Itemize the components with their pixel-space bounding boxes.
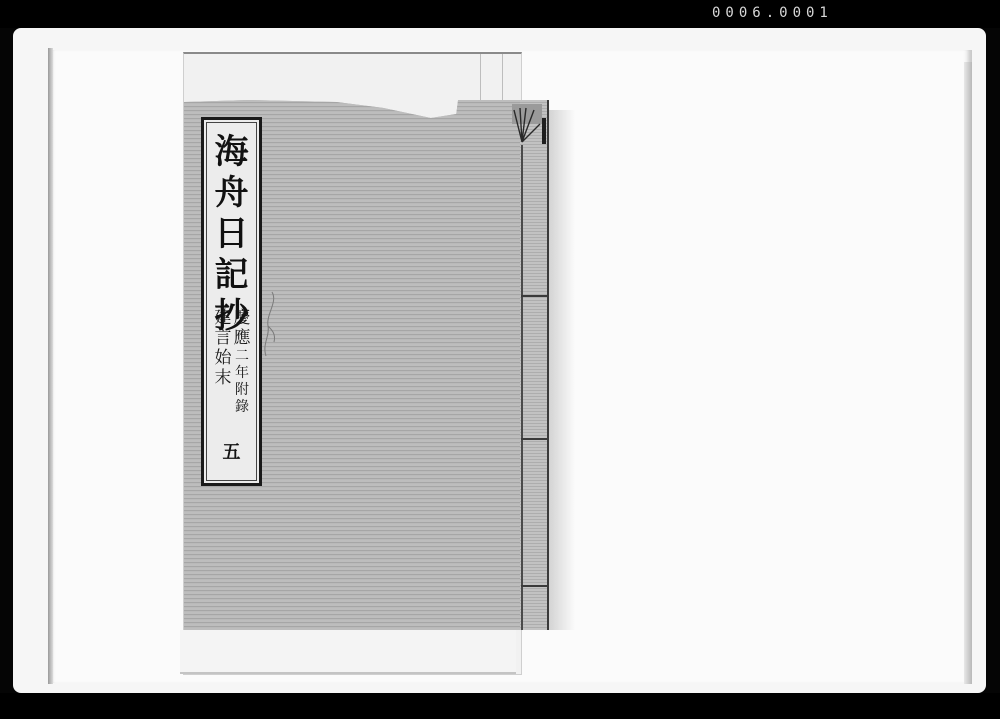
binding-stitch: [521, 585, 547, 587]
subtitle-char: 言: [215, 328, 232, 348]
title-char: 記: [215, 255, 249, 296]
subtitle-char: 應: [234, 328, 251, 348]
subtitle-char: 年: [235, 365, 249, 382]
subtitle: 慶 應 二 年 附 錄 建 言 始 末: [210, 308, 255, 416]
subtitle-char: 末: [215, 368, 232, 388]
title-char: 海: [215, 132, 249, 173]
book-title: 海 舟 日 記 抄: [204, 132, 259, 337]
sheet-edge-left: [48, 48, 53, 684]
sheet-edge-right: [964, 62, 972, 684]
subtitle-char: 建: [215, 308, 232, 328]
volume-number: 五: [204, 438, 259, 464]
film-top-strip: [0, 0, 1000, 28]
film-bottom-strip: [0, 693, 1000, 719]
binding-thread: [521, 145, 523, 630]
frame-counter: 0006.0001: [712, 4, 833, 22]
book-spine: [520, 100, 549, 630]
subtitle-char: 始: [215, 348, 232, 368]
corner-tie-icon: [508, 102, 548, 146]
book-shadow: [545, 110, 575, 630]
subtitle-column-right: 慶 應 二 年 附 錄: [234, 308, 251, 416]
subtitle-char: 慶: [234, 308, 251, 328]
inner-pages-bottom: [180, 630, 516, 674]
binding-stitch: [521, 295, 547, 297]
title-char: 日: [215, 214, 249, 255]
title-slip: 海 舟 日 記 抄 慶 應 二 年 附 錄 建 言 始 末 五: [201, 117, 262, 486]
title-char: 舟: [215, 173, 249, 214]
subtitle-char: 附: [235, 382, 249, 399]
binding-stitch: [521, 438, 547, 440]
subtitle-char: 二: [235, 348, 249, 365]
subtitle-char: 錄: [235, 399, 249, 416]
subtitle-column-left: 建 言 始 末: [215, 308, 232, 416]
